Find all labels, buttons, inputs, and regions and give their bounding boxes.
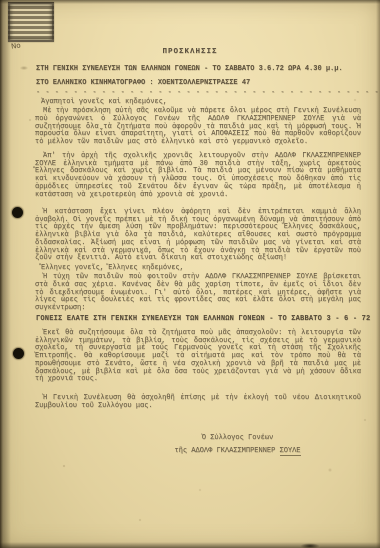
paragraph-school-situation-text: Ἀπ' τὴν ἀρχὴ τῆς σχολικῆς χρονιᾶς λειτου… [35,153,361,199]
archive-stamp-icon [8,2,54,42]
paragraph-demands: Ἡ κατάσταση ἔχει γίνει πλέον ἀφόρητη καὶ… [35,209,361,263]
signature-block: Ὁ Σύλλογος Γονέων τῆς ΑΔΟΛΦ ΓΚΛΑΣΣΜΠΡΕΝΝ… [150,432,325,458]
paragraph-agenda: Ἐκεῖ θὰ συζητήσουμε ὅλα τὰ ζητήματα ποὺ … [35,330,361,384]
header-line-assembly: ΣΤΗ ΓΕΝΙΚΗ ΣΥΝΕΛΕΥΣΗ ΤΩΝ ΕΛΛΗΝΩΝ ΓΟΝΕΩΝ … [36,63,366,77]
paragraph-intro: Ἀγαπητοὶ γονεῖς καὶ κηδεμόνες, Μὲ τὴν πρ… [35,99,361,147]
document-title: ΠΡΟΣΚΛΗΣΙΣ [0,48,380,56]
signature-school-prefix: τῆς ΑΔΟΛΦ ΓΚΛΑΣΣΜΠΡΕΝΝΕΡ [174,447,279,455]
signature-school-name: ΣΟΥΛΕ [280,447,301,456]
paragraph-school-situation: Ἀπ' τὴν ἀρχὴ τῆς σχολικῆς χρονιᾶς λειτου… [35,153,361,199]
paragraph-elections-text: Ἡ Γενικὴ Συνέλευση θὰ ἀσχοληθῆ ἐπίσης μὲ… [35,395,361,410]
paragraph-agenda-text: Ἐκεῖ θὰ συζητήσουμε ὅλα τὰ ζητήματα ποὺ … [35,330,361,384]
salutation-parents: Ἀγαπητοὶ γονεῖς καὶ κηδεμόνες, [35,99,361,107]
signature-association: Ὁ Σύλλογος Γονέων [150,432,325,445]
paragraph-appeal: Ἕλληνες γονεῖς, Ἕλληνες κηδεμόνες, Ἡ τύχ… [35,265,361,313]
header-block: ΣΤΗ ΓΕΝΙΚΗ ΣΥΝΕΛΕΥΣΗ ΤΩΝ ΕΛΛΗΝΩΝ ΓΟΝΕΩΝ … [36,63,366,101]
hole-punch-bottom [13,348,24,359]
signature-school-line: τῆς ΑΔΟΛΦ ΓΚΛΑΣΣΜΠΡΕΝΝΕΡ ΣΟΥΛΕ [150,445,325,458]
paragraph-demands-text: Ἡ κατάσταση ἔχει γίνει πλέον ἀφόρητη καὶ… [35,209,361,263]
document-page: No ΠΡΟΣΚΛΗΣΙΣ ΣΤΗ ΓΕΝΙΚΗ ΣΥΝΕΛΕΥΣΗ ΤΩΝ Ε… [0,0,380,548]
paragraph-elections: Ἡ Γενικὴ Συνέλευση θὰ ἀσχοληθῆ ἐπίσης μὲ… [35,395,361,410]
paragraph-appeal-text: Ἡ τύχη τῶν παιδιῶν ποὺ φοιτοῦν στὴν ΑΔΟΛ… [35,274,361,313]
salutation-greek-parents: Ἕλληνες γονεῖς, Ἕλληνες κηδεμόνες, [35,265,361,273]
assembly-call-line: ΓΟΝΕΙΣ ΕΛΑΤΕ ΣΤΗ ΓΕΝΙΚΗ ΣΥΝΕΛΕΥΣΗ ΤΩΝ ΕΛ… [36,315,366,323]
hole-punch-top [12,207,23,218]
paragraph-intro-text: Μὲ τὴν πρόσκληση αὐτὴ σᾶς καλοῦμε νὰ πάρ… [35,108,361,147]
